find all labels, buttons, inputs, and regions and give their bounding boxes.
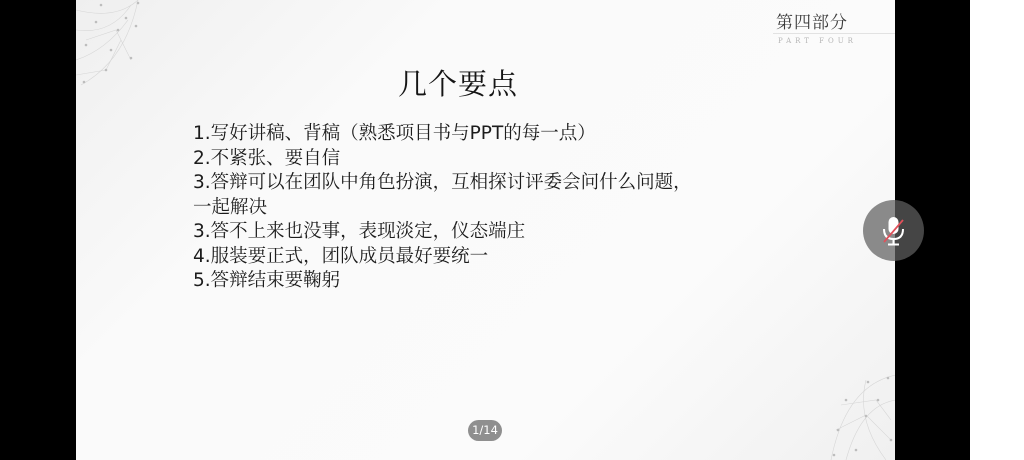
section-subtitle: PART FOUR [778, 37, 857, 45]
list-item: 一起解决 [193, 196, 692, 221]
section-divider [773, 33, 895, 34]
list-item: 1.写好讲稿、背稿（熟悉项目书与PPT的每一点） [193, 122, 692, 147]
list-item: 2.不紧张、要自信 [193, 147, 692, 172]
screen-edge [970, 0, 1024, 460]
mute-microphone-button[interactable] [863, 200, 924, 261]
presentation-slide[interactable]: 第四部分 PART FOUR 几个要点 1.写好讲稿、背稿（熟悉项目书与PPT的… [76, 0, 895, 460]
key-points-list: 1.写好讲稿、背稿（熟悉项目书与PPT的每一点） 2.不紧张、要自信 3.答辩可… [193, 122, 692, 294]
page-indicator: 1/14 [468, 420, 502, 441]
list-item: 3.答不上来也没事，表现淡定，仪态端庄 [193, 220, 692, 245]
network-decoration-bottom-right-icon [826, 370, 895, 460]
letterbox-left [0, 0, 76, 460]
list-item: 3.答辩可以在团队中角色扮演，互相探讨评委会问什么问题， [193, 171, 692, 196]
section-title: 第四部分 [776, 8, 848, 33]
list-item: 4.服装要正式，团队成员最好要统一 [193, 245, 692, 270]
list-item: 5.答辩结束要鞠躬 [193, 269, 692, 294]
slide-title: 几个要点 [76, 62, 840, 103]
microphone-muted-icon [863, 200, 924, 261]
